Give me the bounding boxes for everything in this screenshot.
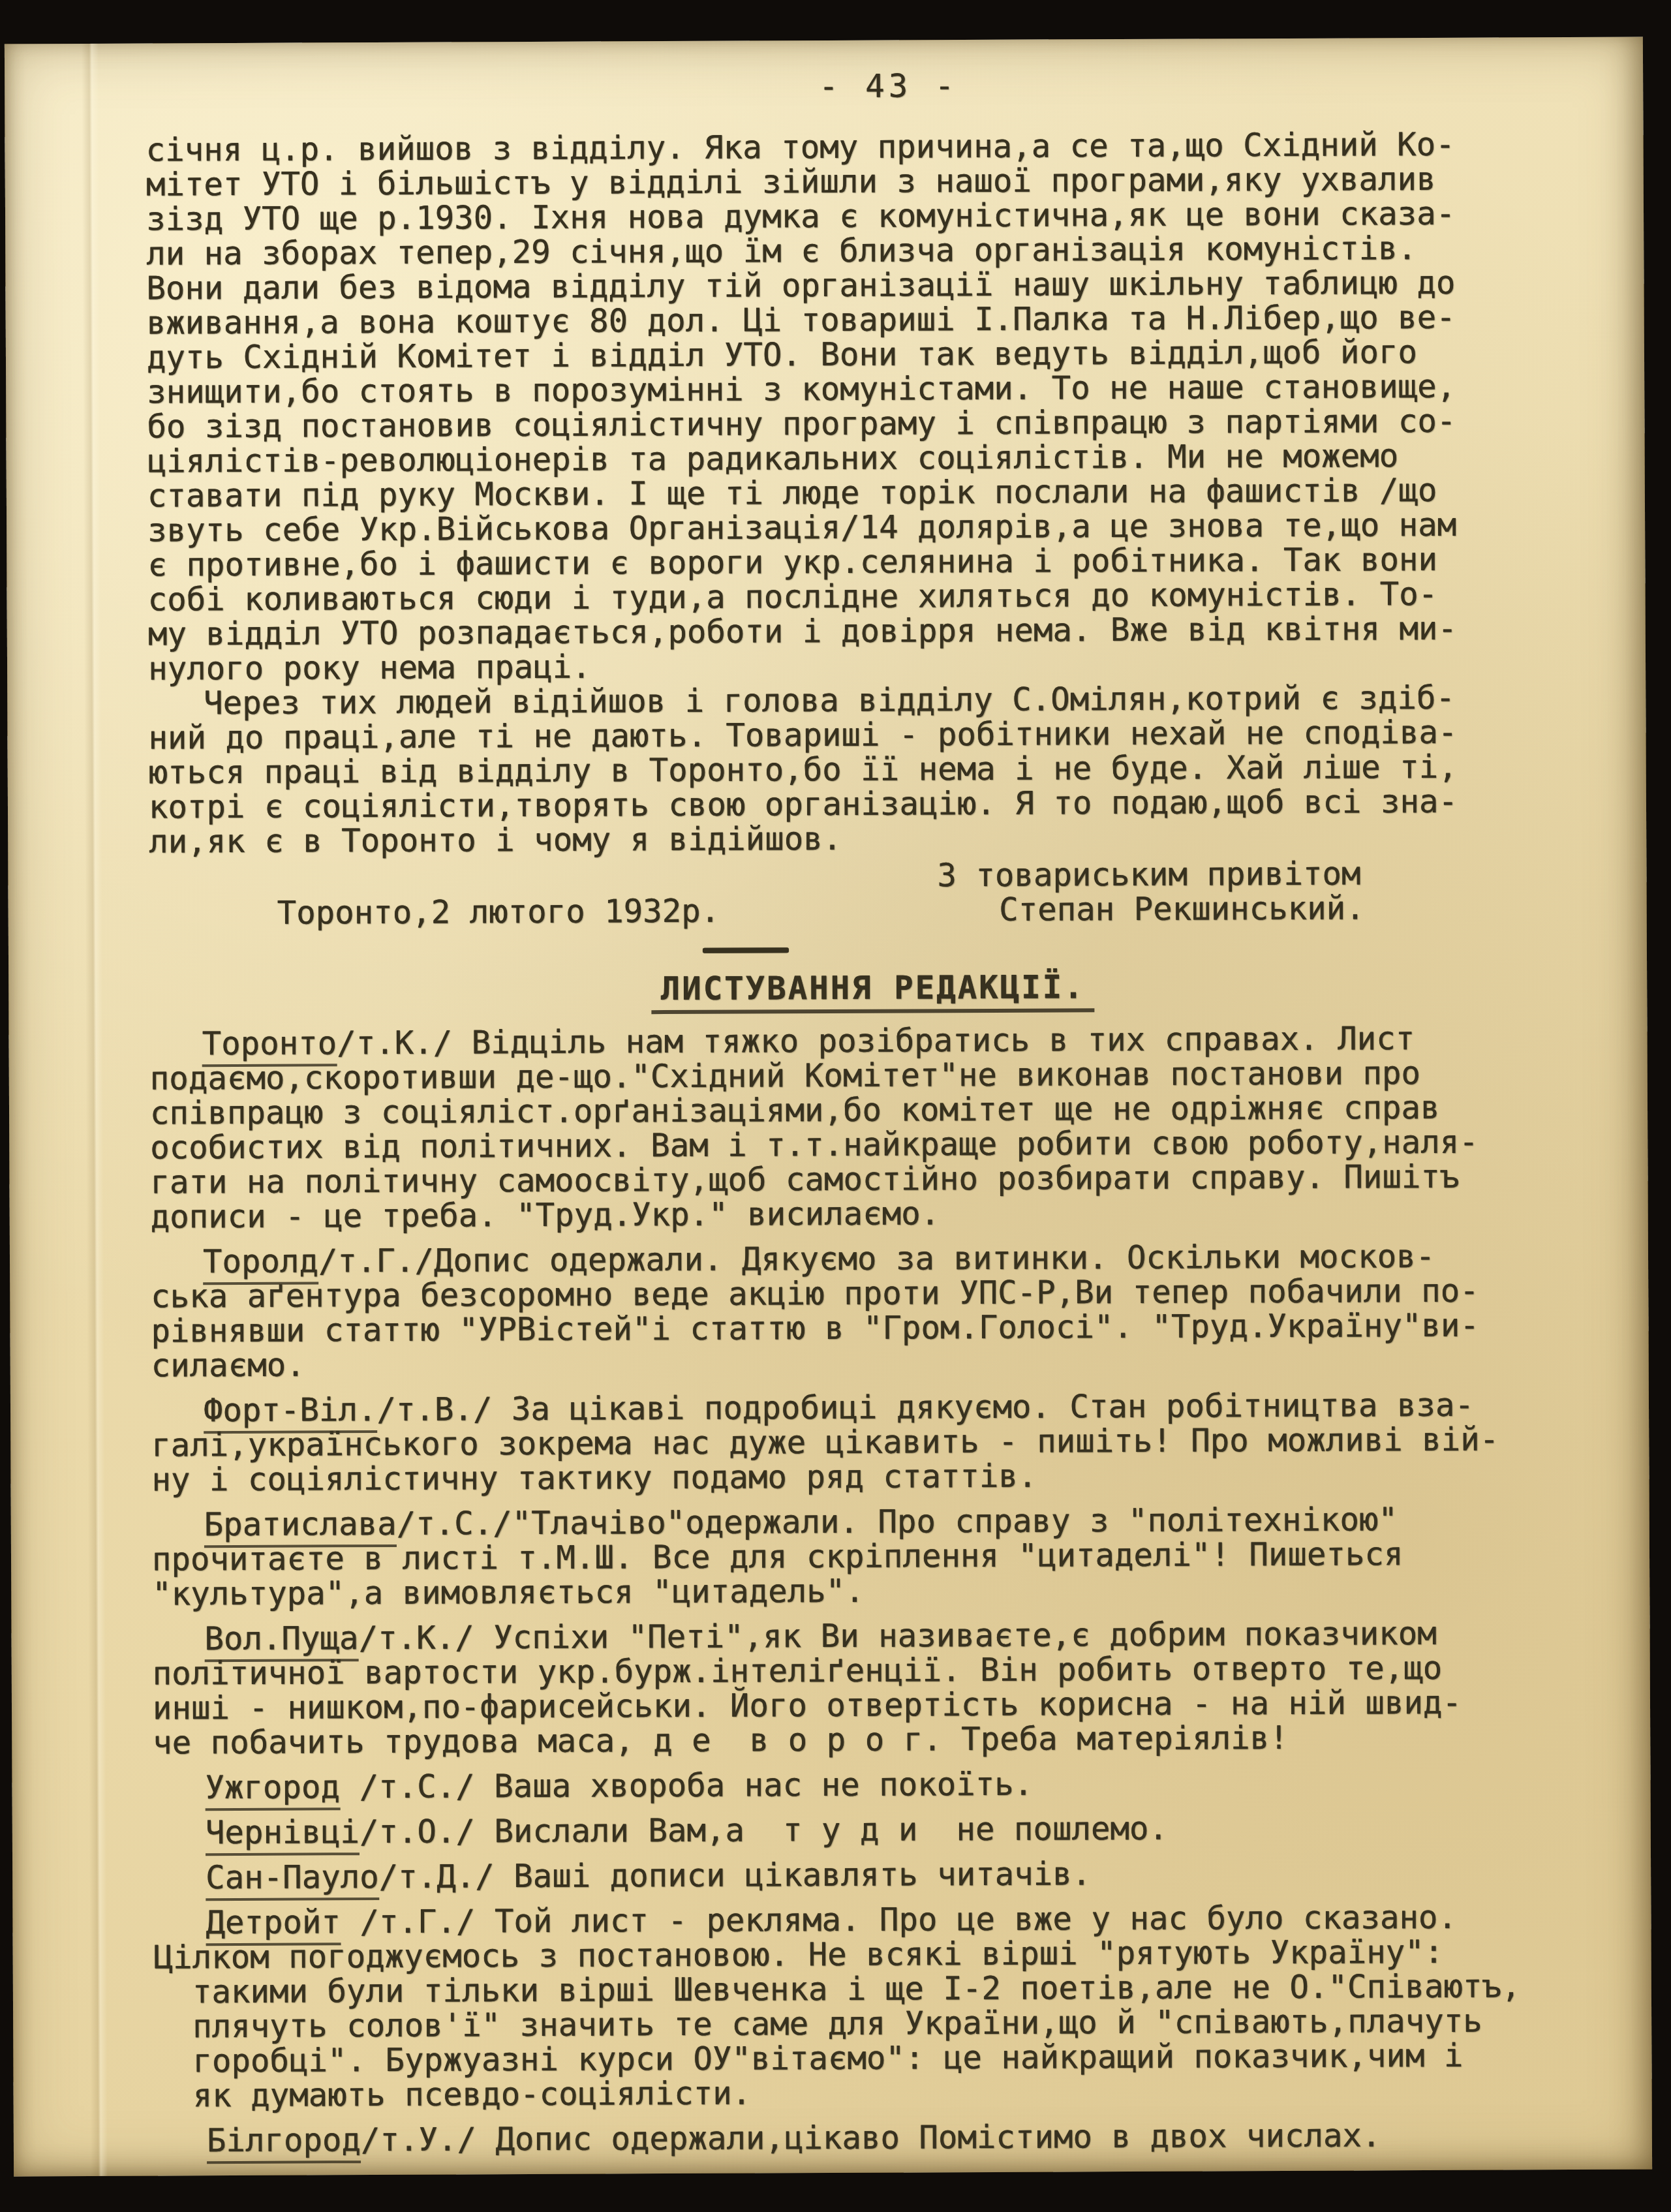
section-separator	[703, 947, 789, 953]
section-title: ЛИСТУВАННЯ РЕДАКЦІЇ.	[652, 970, 1094, 1014]
reply-torold: Торолд/т.Г./Допис одержали. Дякуємо за в…	[151, 1238, 1598, 1383]
reply-text: /т.Г./ Той лист - рекляма. Про це вже у …	[154, 1899, 1521, 2115]
reply-text: /т.О./ Вислали Вам,а т у д и не пошлемо.	[360, 1810, 1168, 1851]
letter-dateline: Торонто,2 лютого 1932р.	[277, 894, 720, 930]
reply-text: /т.Г./Допис одержали. Дякуємо за витинки…	[151, 1238, 1479, 1385]
reply-text: /т.Д./ Ваші дописи цікавлять читачів.	[379, 1855, 1092, 1896]
reply-bilhorod: Білгород/т.У./ Допис одержали,цікаво Пом…	[155, 2117, 1601, 2158]
reply-vol-pushcha: Вол.Пуща/т.К./ Успіхи "Петі",як Ви назив…	[152, 1616, 1599, 1760]
reply-san-paulo: Сан-Пауло/т.Д./ Ваші дописи цікавлять чи…	[153, 1854, 1600, 1896]
section-heading-row: ЛИСТУВАННЯ РЕДАКЦІЇ.	[149, 968, 1596, 1017]
reply-uzhhorod: Ужгород /т.С./ Ваша хвороба нас не покої…	[153, 1764, 1599, 1805]
signature-block: З товариським привітом Торонто,2 лютого …	[149, 855, 1595, 931]
scanned-document-photo: { "page_number": "- 43 -", "letter": { "…	[0, 0, 1671, 2212]
reply-city-label: Білгород	[207, 2121, 361, 2164]
reply-text: /т.У./ Допис одержали,цікаво Помістимо в…	[361, 2117, 1381, 2158]
letter-paragraph: Через тих людей відійшов і голова відділ…	[148, 680, 1595, 859]
reply-detroit: Детройт /т.Г./ Той лист - рекляма. Про ц…	[153, 1899, 1601, 2113]
reply-bratislava: Братислава/т.С./"Тлачіво"одержали. Про с…	[152, 1501, 1599, 1612]
letter-paragraph: січня ц.р. вийшов з відділу. Яка тому пр…	[146, 127, 1595, 686]
document-page: - 43 - січня ц.р. вийшов з відділу. Яка …	[5, 37, 1652, 2177]
editorial-replies-list: Торонто/т.К./ Відціль нам тяжко розібрат…	[149, 1021, 1601, 2158]
reply-fort-wil: Форт-Віл./т.В./ За цікаві подробиці дяку…	[151, 1387, 1599, 1498]
reply-toronto: Торонто/т.К./ Відціль нам тяжко розібрат…	[149, 1021, 1597, 1235]
letter-signature: Степан Рекшинський.	[999, 891, 1365, 927]
reply-city-label: Ужгород	[205, 1768, 340, 1811]
letter-closing: З товариським привітом	[937, 855, 1595, 893]
reply-text: /т.С./ Ваша хвороба нас не покоїть.	[340, 1766, 1033, 1806]
typewritten-text-block: - 43 - січня ц.р. вийшов з відділу. Яка …	[146, 61, 1601, 2163]
page-number: - 43 -	[185, 66, 1592, 106]
reply-city-label: Сан-Пауло	[206, 1858, 379, 1901]
reply-text: /т.К./ Відціль нам тяжко розібратись в т…	[150, 1020, 1479, 1235]
reply-chernivtsi: Чернівці/т.О./ Вислали Вам,а т у д и не …	[153, 1809, 1600, 1851]
reply-city-label: Чернівці	[206, 1813, 360, 1856]
date-and-signature-line: Торонто,2 лютого 1932р. Степан Рекшинськ…	[149, 890, 1596, 931]
